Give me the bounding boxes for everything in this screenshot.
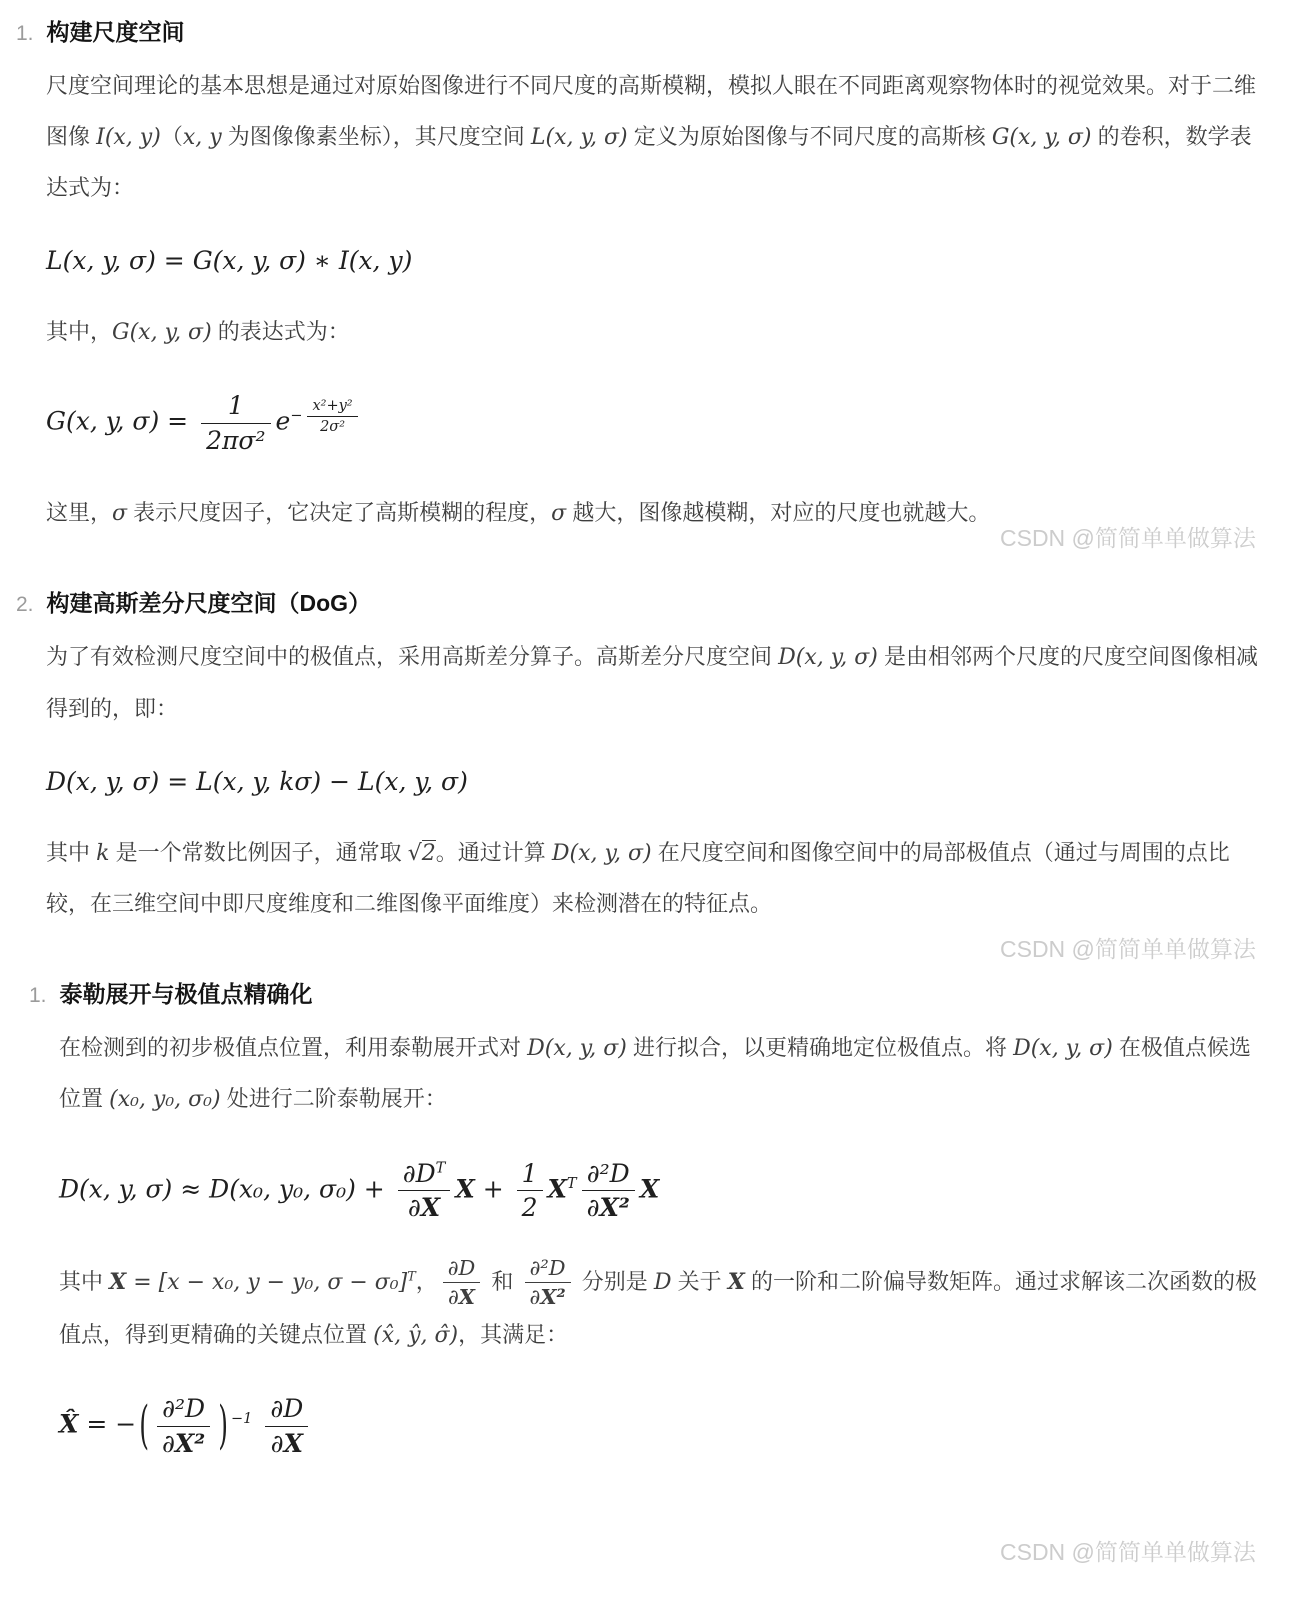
document-page: 1. 构建尺度空间 尺度空间理论的基本思想是通过对原始图像进行不同尺度的高斯模糊… [0, 0, 1312, 1600]
formula-dog-difference: D(x, y, σ) = L(x, y, kσ) − L(x, y, σ) [46, 767, 1260, 796]
section-body: 在检测到的初步极值点位置，利用泰勒展开式对 D(x, y, σ) 进行拟合，以更… [59, 1023, 1260, 1459]
section-title: 泰勒展开与极值点精确化 [60, 976, 313, 1009]
watermark-text: CSDN @简简单单做算法 [1000, 931, 1256, 964]
formula-taylor-expansion: D(x, y, σ) ≈ D(x₀, y₀, σ₀) + ∂DT∂XX + 12… [59, 1158, 1260, 1224]
paragraph: 其中，G(x, y, σ) 的表达式为： [46, 307, 1260, 359]
paragraph: 其中 X = [x − x₀, y − y₀, σ − σ₀]T，∂D∂X 和 … [59, 1256, 1260, 1362]
section-heading: 2. 构建高斯差分尺度空间（DoG） [16, 585, 1260, 618]
section-build-scale-space: 1. 构建尺度空间 尺度空间理论的基本思想是通过对原始图像进行不同尺度的高斯模糊… [16, 14, 1260, 539]
formula-extremum-solution: X̂ = −(∂²D∂X²)−1 ∂D∂X [59, 1393, 1260, 1459]
list-number: 1. [16, 22, 34, 46]
watermark-text: CSDN @简简单单做算法 [1000, 520, 1256, 553]
paragraph: 其中 k 是一个常数比例因子，通常取 √2。通过计算 D(x, y, σ) 在尺… [46, 828, 1260, 930]
section-build-dog: 2. 构建高斯差分尺度空间（DoG） 为了有效检测尺度空间中的极值点，采用高斯差… [16, 585, 1260, 929]
section-body: 尺度空间理论的基本思想是通过对原始图像进行不同尺度的高斯模糊，模拟人眼在不同距离… [46, 61, 1260, 539]
section-title: 构建尺度空间 [47, 14, 185, 47]
list-number: 2. [16, 593, 34, 617]
section-body: 为了有效检测尺度空间中的极值点，采用高斯差分算子。高斯差分尺度空间 D(x, y… [46, 632, 1260, 929]
paragraph: 为了有效检测尺度空间中的极值点，采用高斯差分算子。高斯差分尺度空间 D(x, y… [46, 632, 1260, 734]
paragraph: 在检测到的初步极值点位置，利用泰勒展开式对 D(x, y, σ) 进行拟合，以更… [59, 1023, 1260, 1126]
section-heading: 1. 构建尺度空间 [16, 14, 1260, 47]
document-content: 1. 构建尺度空间 尺度空间理论的基本思想是通过对原始图像进行不同尺度的高斯模糊… [0, 0, 1312, 1459]
section-title: 构建高斯差分尺度空间（DoG） [47, 585, 372, 618]
list-number: 1. [29, 984, 47, 1008]
formula-scale-space-convolution: L(x, y, σ) = G(x, y, σ) ∗ I(x, y) [46, 246, 1260, 275]
section-taylor-expansion: 1. 泰勒展开与极值点精确化 在检测到的初步极值点位置，利用泰勒展开式对 D(x… [29, 976, 1260, 1459]
watermark-text: CSDN @简简单单做算法 [1000, 1534, 1256, 1567]
paragraph: 尺度空间理论的基本思想是通过对原始图像进行不同尺度的高斯模糊，模拟人眼在不同距离… [46, 61, 1260, 214]
formula-gaussian-kernel: G(x, y, σ) = 12πσ²e−x²+y²2σ² [46, 390, 1260, 456]
section-heading: 1. 泰勒展开与极值点精确化 [29, 976, 1260, 1009]
